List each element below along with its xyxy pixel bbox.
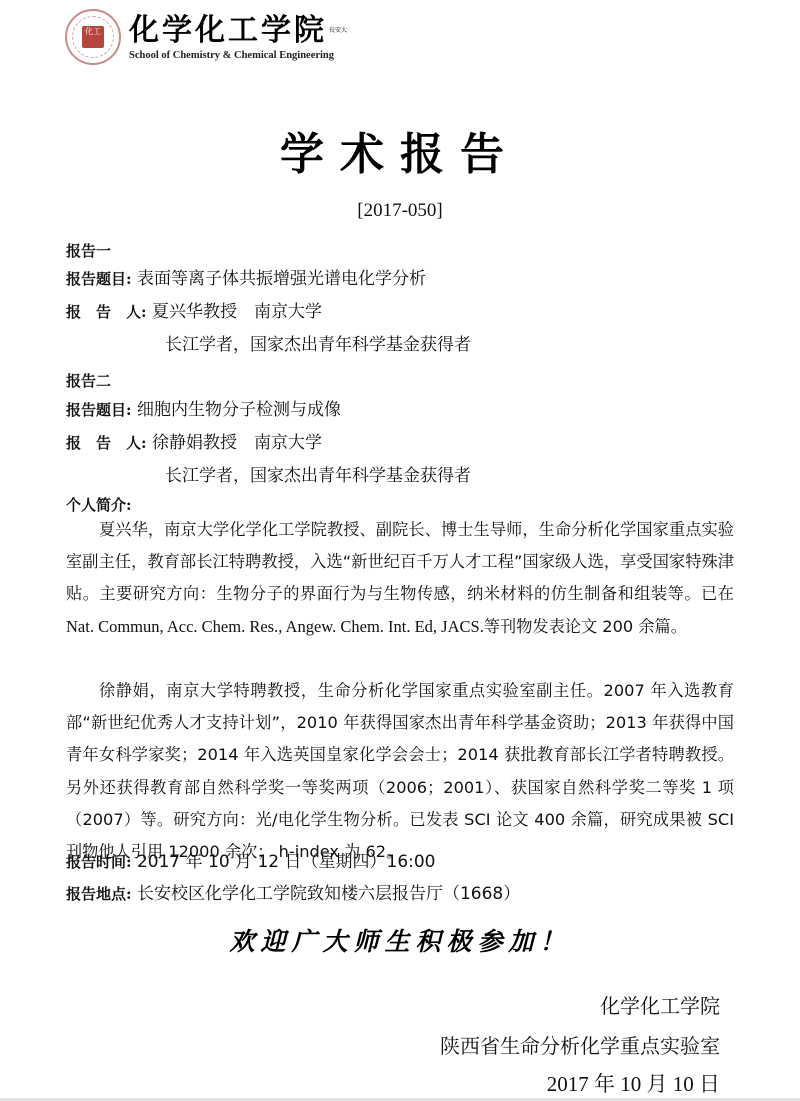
logo-chinese-name: 化学化工学院長安大	[129, 13, 347, 49]
report1-topic-row: 报告题目: 表面等离子体共振增强光谱电化学分析	[66, 268, 426, 290]
time-label: 报告时间:	[66, 853, 132, 871]
page-title: 学术报告	[0, 118, 800, 182]
report1-heading: 报告一	[66, 240, 111, 262]
school-logo: 化工 化学化工学院長安大 School of Chemistry & Chemi…	[65, 6, 347, 68]
signature-org-1: 化学化工学院	[600, 990, 720, 1019]
bio-heading: 个人简介:	[66, 494, 132, 516]
logo-cn-small: 長安大	[329, 27, 347, 34]
signature-org-2: 陕西省生命分析化学重点实验室	[440, 1030, 720, 1059]
place-label: 报告地点:	[66, 885, 132, 903]
logo-text: 化学化工学院長安大 School of Chemistry & Chemical…	[129, 13, 347, 61]
topic-label: 报告题目:	[66, 270, 132, 288]
welcome-message: 欢迎广大师生积极参加！	[0, 922, 800, 958]
school-seal-icon: 化工	[65, 9, 121, 65]
speaker-label: 报 告 人:	[66, 434, 147, 452]
logo-english-name: School of Chemistry & Chemical Engineeri…	[129, 50, 347, 61]
report2-speaker-honors: 长江学者，国家杰出青年科学基金获得者	[165, 465, 471, 487]
report1-speaker-honors: 长江学者，国家杰出青年科学基金获得者	[165, 334, 471, 356]
bio-para1-text-end: 等刊物发表论文 200 余篇。	[484, 617, 687, 636]
report2-topic: 细胞内生物分子检测与成像	[137, 400, 341, 420]
document-number: [2017-050]	[0, 200, 800, 222]
report2-topic-row: 报告题目: 细胞内生物分子检测与成像	[66, 399, 341, 421]
speaker-label: 报 告 人:	[66, 303, 147, 321]
bio-paragraph-1: 夏兴华，南京大学化学化工学院教授、副院长、博士生导师，生命分析化学国家重点实验室…	[66, 514, 734, 643]
bio-para1-text: 夏兴华，南京大学化学化工学院教授、副院长、博士生导师，生命分析化学国家重点实验室…	[66, 520, 734, 603]
logo-cn-text: 化学化工学院	[129, 13, 327, 48]
bio-para1-journals: Nat. Commun, Acc. Chem. Res., Angew. Che…	[66, 617, 484, 636]
report-place-row: 报告地点: 长安校区化学化工学院致知楼六层报告厅（1668）	[66, 883, 520, 905]
topic-label: 报告题目:	[66, 401, 132, 419]
report2-speaker: 徐静娟教授 南京大学	[152, 433, 322, 453]
report-time: 2017 年 10 月 12 日（星期四）16:00	[137, 852, 436, 872]
signature-date: 2017 年 10 月 10 日	[547, 1068, 720, 1098]
report-place: 长安校区化学化工学院致知楼六层报告厅（1668）	[137, 884, 520, 904]
report2-heading: 报告二	[66, 370, 111, 392]
report1-topic: 表面等离子体共振增强光谱电化学分析	[137, 269, 426, 289]
report-time-row: 报告时间: 2017 年 10 月 12 日（星期四）16:00	[66, 851, 436, 873]
report2-speaker-row: 报 告 人: 徐静娟教授 南京大学	[66, 432, 322, 454]
report1-speaker-row: 报 告 人: 夏兴华教授 南京大学	[66, 301, 322, 323]
seal-text: 化工	[82, 26, 104, 48]
bio-paragraph-2: 徐静娟，南京大学特聘教授，生命分析化学国家重点实验室副主任。2007 年入选教育…	[66, 675, 734, 868]
report1-speaker: 夏兴华教授 南京大学	[152, 302, 322, 322]
